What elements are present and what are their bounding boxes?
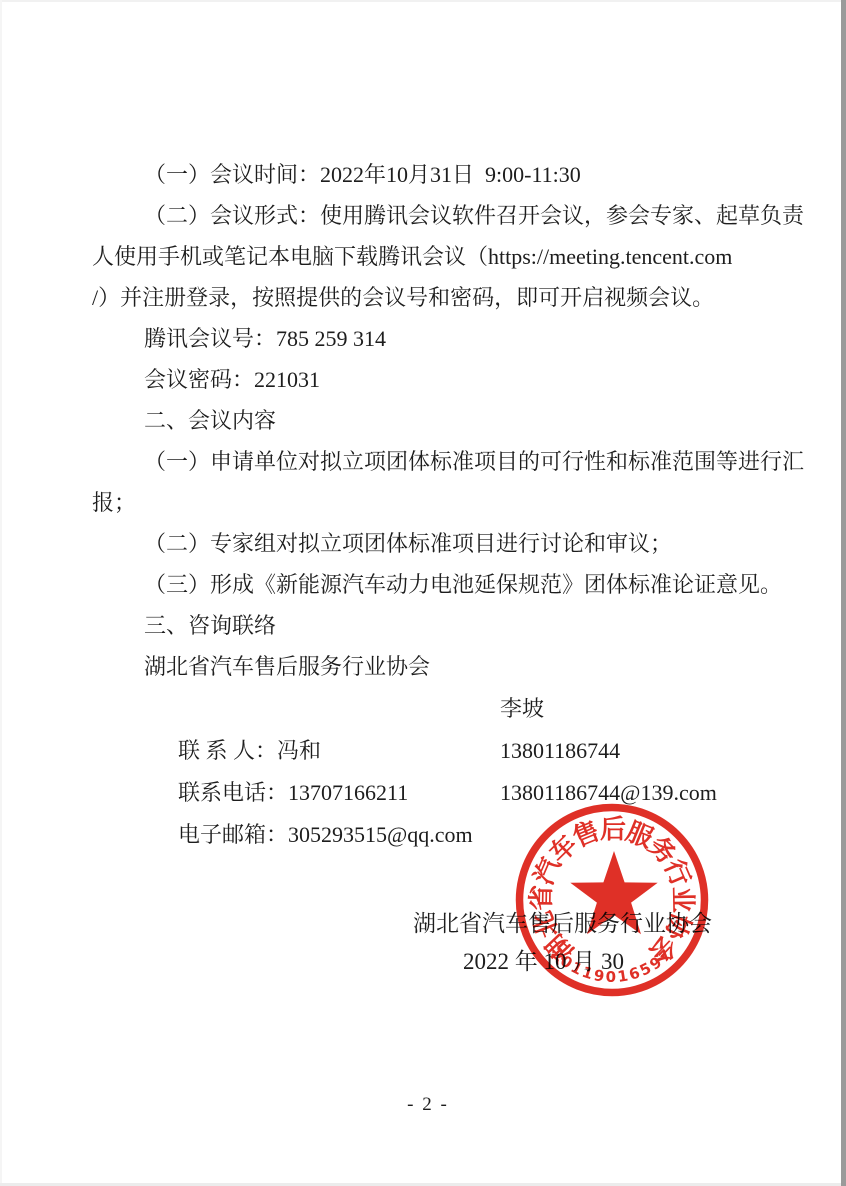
body-line: （二）会议形式：使用腾讯会议软件召开会议，参会专家、起草负责 (92, 195, 792, 236)
contact-row-phone: 联系电话：13707166211 13801186744 (92, 730, 792, 772)
contact-value-right: 13801186744 (500, 730, 620, 772)
contact-value-right: 李坡 (500, 688, 544, 730)
contact-row-person: 联 系 人：冯和 李坡 (92, 688, 792, 730)
body-line: 报； (92, 482, 792, 523)
contact-value-left: 305293515@qq.com (288, 822, 473, 847)
body-line: （三）形成《新能源汽车动力电池延保规范》团体标准论证意见。 (92, 564, 792, 605)
page-edge-right (841, 0, 846, 1186)
page-edge-left (0, 0, 2, 1186)
body-text: （一）会议时间：2022年10月31日 9:00-11:30 （二）会议形式：使… (92, 154, 792, 687)
official-seal: 湖北省汽车售后服务行业协会 4201190165979 (512, 800, 712, 1000)
star-icon (570, 851, 657, 934)
page-number: - 2 - (92, 1094, 764, 1116)
body-line-section-heading: 二、会议内容 (92, 400, 792, 441)
body-line: 人使用手机或笔记本电脑下载腾讯会议（https://meeting.tencen… (92, 236, 792, 277)
document-page: （一）会议时间：2022年10月31日 9:00-11:30 （二）会议形式：使… (0, 0, 846, 1186)
contact-label: 电子邮箱： (125, 822, 288, 847)
body-line: （二）专家组对拟立项团体标准项目进行讨论和审议； (92, 523, 792, 564)
body-line: （一）申请单位对拟立项团体标准项目的可行性和标准范围等进行汇 (92, 441, 792, 482)
page-edge-top (0, 0, 846, 2)
body-line: 腾讯会议号：785 259 314 (92, 318, 792, 359)
contact-info: 联 系 人：冯和 李坡 联系电话：13707166211 13801186744… (92, 688, 792, 814)
body-line: （一）会议时间：2022年10月31日 9:00-11:30 (92, 154, 792, 195)
body-line-section-heading: 三、咨询联络 (92, 605, 792, 646)
body-line: 会议密码：221031 (92, 359, 792, 400)
body-line-org-name: 湖北省汽车售后服务行业协会 (92, 646, 792, 687)
body-line: /）并注册登录，按照提供的会议号和密码，即可开启视频会议。 (92, 277, 792, 318)
